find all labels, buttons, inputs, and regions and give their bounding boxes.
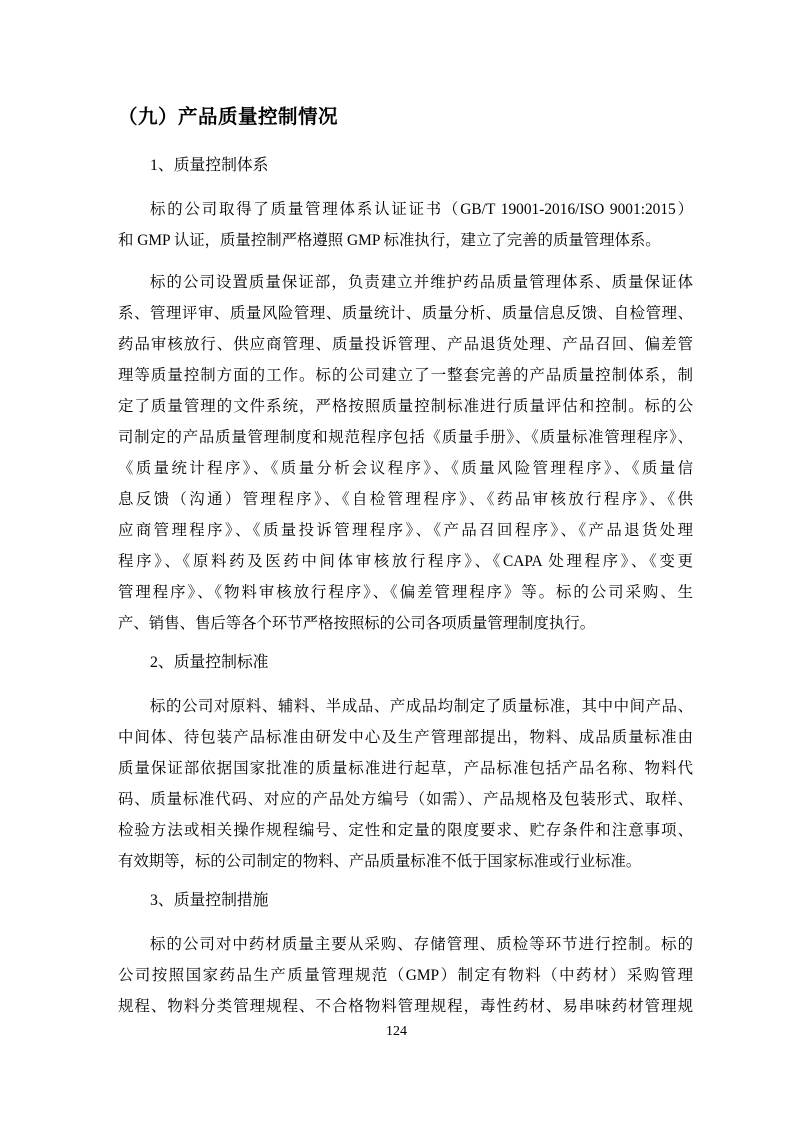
paragraph-line: 定了质量管理的文件系统，严格按照质量控制标准进行质量评估和控制。标的公	[118, 391, 693, 422]
paragraph: 标的公司取得了质量管理体系认证证书（GB/T 19001-2016/ISO 90…	[118, 194, 693, 256]
paragraph-line: 标的公司取得了质量管理体系认证证书（GB/T 19001-2016/ISO 90…	[118, 194, 693, 225]
paragraph-line: 程序》、《原料药及医药中间体审核放行程序》、《CAPA 处理程序》、《变更	[118, 546, 693, 577]
paragraph-line: 标的公司对原料、辅料、半成品、产成品均制定了质量标准，其中中间产品、	[118, 691, 693, 722]
paragraph-line: 检验方法或相关操作规程编号、定性和定量的限度要求、贮存条件和注意事项、	[118, 815, 693, 846]
page-footer: 124	[0, 1022, 793, 1041]
paragraph-line: 管理程序》、《物料审核放行程序》、《偏差管理程序》等。标的公司采购、生	[118, 577, 693, 608]
paragraph-line: 码、质量标准代码、对应的产品处方编号（如需）、产品规格及包装形式、取样、	[118, 784, 693, 815]
paragraph-line: 系、管理评审、质量风险管理、质量统计、质量分析、质量信息反馈、自检管理、	[118, 298, 693, 329]
section-title: 1、质量控制体系	[118, 153, 693, 179]
paragraph-line: 产、销售、售后等各个环节严格按照标的公司各项质量管理制度执行。	[118, 608, 693, 639]
document-body: 1、质量控制体系标的公司取得了质量管理体系认证证书（GB/T 19001-201…	[118, 153, 693, 1022]
paragraph: 标的公司对中药材质量主要从采购、存储管理、质检等环节进行控制。标的公司按照国家药…	[118, 929, 693, 1022]
page-number: 124	[386, 1024, 407, 1039]
paragraph-line: 息反馈（沟通）管理程序》、《自检管理程序》、《药品审核放行程序》、《供	[118, 484, 693, 515]
section-title: 2、质量控制标准	[118, 650, 693, 676]
paragraph-line: 标的公司设置质量保证部，负责建立并维护药品质量管理体系、质量保证体	[118, 267, 693, 298]
paragraph-line: 应商管理程序》、《质量投诉管理程序》、《产品召回程序》、《产品退货处理	[118, 515, 693, 546]
paragraph-line: 公司按照国家药品生产质量管理规范（GMP）制定有物料（中药材）采购管理	[118, 960, 693, 991]
paragraph-line: 《质量统计程序》、《质量分析会议程序》、《质量风险管理程序》、《质量信	[118, 453, 693, 484]
document-heading: （九）产品质量控制情况	[118, 103, 693, 130]
paragraph-line: 标的公司对中药材质量主要从采购、存储管理、质检等环节进行控制。标的	[118, 929, 693, 960]
paragraph-line: 理等质量控制方面的工作。标的公司建立了一整套完善的产品质量控制体系，制	[118, 360, 693, 391]
paragraph-line: 药品审核放行、供应商管理、质量投诉管理、产品退货处理、产品召回、偏差管	[118, 329, 693, 360]
section-title: 3、质量控制措施	[118, 888, 693, 914]
paragraph-line: 司制定的产品质量管理制度和规范程序包括《质量手册》、《质量标准管理程序》、	[118, 422, 693, 453]
paragraph-line: 中间体、待包装产品标准由研发中心及生产管理部提出，物料、成品质量标准由	[118, 722, 693, 753]
paragraph-line: 和 GMP 认证，质量控制严格遵照 GMP 标准执行，建立了完善的质量管理体系。	[118, 225, 693, 256]
paragraph-line: 有效期等，标的公司制定的物料、产品质量标准不低于国家标准或行业标准。	[118, 846, 693, 877]
paragraph: 标的公司设置质量保证部，负责建立并维护药品质量管理体系、质量保证体系、管理评审、…	[118, 267, 693, 639]
paragraph: 标的公司对原料、辅料、半成品、产成品均制定了质量标准，其中中间产品、中间体、待包…	[118, 691, 693, 877]
paragraph-line: 质量保证部依据国家批准的质量标准进行起草，产品标准包括产品名称、物料代	[118, 753, 693, 784]
paragraph-line: 规程、物料分类管理规程、不合格物料管理规程，毒性药材、易串味药材管理规	[118, 991, 693, 1022]
document-page: （九）产品质量控制情况 1、质量控制体系标的公司取得了质量管理体系认证证书（GB…	[0, 0, 793, 1122]
